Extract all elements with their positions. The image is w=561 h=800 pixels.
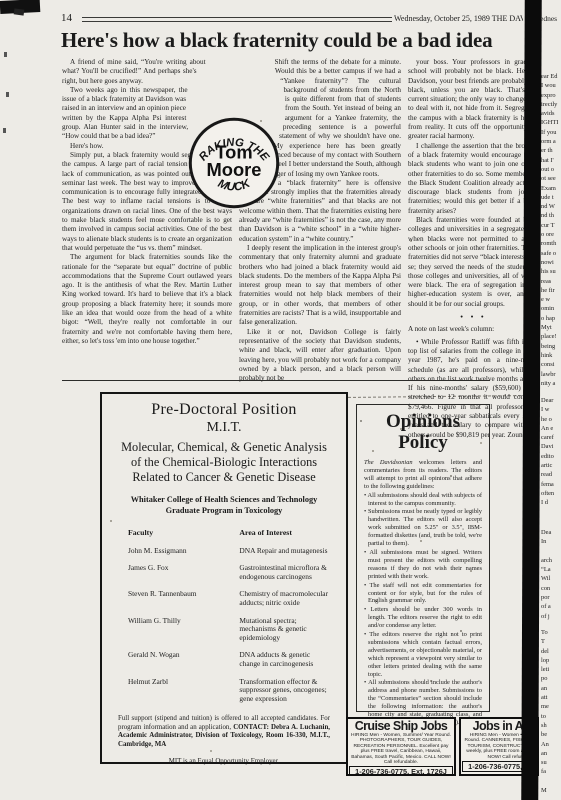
faculty-column-header: Faculty (128, 529, 239, 538)
mit-faculty-table: Faculty Area of Interest John M. Essigma… (118, 529, 330, 703)
newspaper-page: 14 Wednesday, October 25, 1989 THE DAVID… (0, 0, 561, 800)
badge-circle-icon: RAKING THE Tom Moore MUCK (187, 116, 281, 210)
dateline: Wednesday, October 25, 1989 THE DAVIDSON… (394, 14, 523, 23)
paragraph: The argument for black fraternities soun… (62, 253, 232, 346)
policy-bullet: • The editors reserve the right not to p… (364, 631, 482, 678)
mit-ad-title: Pre-Doctoral Position (118, 401, 330, 419)
article-headline: Here's how a black fraternity could be a… (61, 28, 531, 53)
faculty-area: Gastrointestinal microflora & endogenous… (239, 564, 330, 581)
scan-fold-bar (521, 0, 541, 800)
cruise-ship-jobs-ad: Cruise Ship Jobs HIRING Men - Women, Sum… (346, 717, 456, 776)
paper-name: The Davidsonian (364, 459, 413, 466)
faculty-row: William G. Thilly Mutational spectra; me… (128, 617, 330, 643)
scan-speck (4, 52, 7, 57)
cruise-ad-phone: 1-206-736-0775, Ext. 1726J (349, 766, 453, 776)
adjacent-page-fragment: ednes (540, 14, 557, 23)
faculty-row: Helmut Zarbl Transformation effector & s… (128, 678, 330, 704)
mit-ad-college: Whitaker College of Health Sciences and … (118, 495, 330, 504)
policy-bullet: • All submissions must be signed. Writer… (364, 549, 482, 581)
faculty-area: DNA adducts & genetic change in carcinog… (239, 651, 330, 668)
opinions-policy-title: Opinions Policy (364, 411, 482, 453)
paragraph: your boss. Your professors in graduate s… (408, 58, 539, 142)
faculty-row: John M. Essigmann DNA Repair and mutagen… (128, 547, 330, 556)
opinions-policy-body: The Davidsonian welcomes letters and com… (364, 459, 482, 727)
cruise-ad-body: HIRING Men - Women, Summer/ Year Round. … (348, 733, 454, 765)
policy-bullet: • The staff will not edit commentaries f… (364, 582, 482, 606)
scan-artifact-top-left-2 (14, 8, 25, 15)
faculty-name: James G. Fox (128, 564, 239, 581)
faculty-area: Transformation effector & suppressor gen… (239, 678, 330, 704)
paragraph: Like it or not, Davidson College is fair… (239, 328, 401, 384)
faculty-row: James G. Fox Gastrointestinal microflora… (128, 564, 330, 581)
faculty-row: Steven R. Tannenbaum Chemistry of macrom… (128, 590, 330, 607)
faculty-area: Chemistry of macromolecular adducts; nit… (239, 590, 330, 607)
policy-bullet: • Submissions must be neatly typed or le… (364, 508, 482, 548)
mit-ad-box: Pre-Doctoral Position M.I.T. Molecular, … (100, 392, 348, 764)
note-heading: A note on last week's column: (408, 325, 539, 334)
adjacent-page-text-strip: Dea In arch “La Wil con por of a of j (541, 528, 561, 624)
faculty-name: Helmut Zarbl (128, 678, 239, 704)
faculty-name: Gerald N. Wogan (128, 651, 239, 668)
adjacent-page-text-strip: Dear I w he o An e caref Davi edito arti… (541, 396, 561, 510)
article-end-rule (62, 380, 490, 381)
faculty-row: Gerald N. Wogan DNA adducts & genetic ch… (128, 651, 330, 668)
faculty-name: John M. Essigmann (128, 547, 239, 556)
mit-eoe-line: MIT is an Equal Opportunity Employer. (118, 758, 330, 765)
paragraph: A friend of mine said, “You're writing a… (62, 58, 232, 86)
adjacent-page-text-strip: ear Ed I wou expro irectly avids IGHTI I… (541, 72, 561, 390)
policy-intro: The Davidsonian welcomes letters and com… (364, 459, 482, 491)
faculty-area: Mutational spectra; mechanisms & genetic… (239, 617, 330, 643)
mit-ad-subtitle: Molecular, Chemical, & Genetic Analysis … (118, 440, 330, 485)
paragraph: I deeply resent the implication in the i… (239, 244, 401, 328)
badge-name-line2: Moore (207, 159, 262, 180)
faculty-name: Steven R. Tannenbaum (128, 590, 239, 607)
mit-ad-program: Graduate Program in Toxicology (118, 506, 330, 515)
paragraph: I challenge the assertion that the broth… (408, 142, 539, 216)
column-badge: RAKING THE Tom Moore MUCK (187, 116, 281, 210)
scan-speck (3, 128, 6, 133)
cruise-ad-title: Cruise Ship Jobs (348, 720, 454, 733)
mit-ad-footer: Full support (stipend and tuition) is of… (118, 715, 330, 749)
faculty-area: DNA Repair and mutagenesis (239, 547, 330, 556)
section-separator: • • • (408, 313, 539, 322)
article-column-3: your boss. Your professors in graduate s… (408, 58, 539, 380)
policy-bullet: • Letters should be under 300 words in l… (364, 606, 482, 630)
header-rule (82, 17, 392, 22)
policy-bullet: • All submissions should deal with subje… (364, 492, 482, 508)
page-number: 14 (61, 12, 72, 24)
article-column-2: Shift the terms of the debate for a minu… (239, 58, 401, 380)
opinions-policy-box: Opinions Policy The Davidsonian welcomes… (356, 404, 490, 712)
mit-ad-title2: M.I.T. (118, 420, 330, 436)
area-column-header: Area of Interest (239, 529, 330, 538)
article-column-1: A friend of mine said, “You're writing a… (62, 58, 232, 380)
article-body: A friend of mine said, “You're writing a… (62, 58, 539, 380)
faculty-name: William G. Thilly (128, 617, 239, 643)
scan-speck (6, 92, 9, 97)
paragraph: Black fraternities were founded at black… (408, 216, 539, 309)
adjacent-page-text-strip: To T del lop leti po an att me to sh be … (541, 628, 561, 796)
